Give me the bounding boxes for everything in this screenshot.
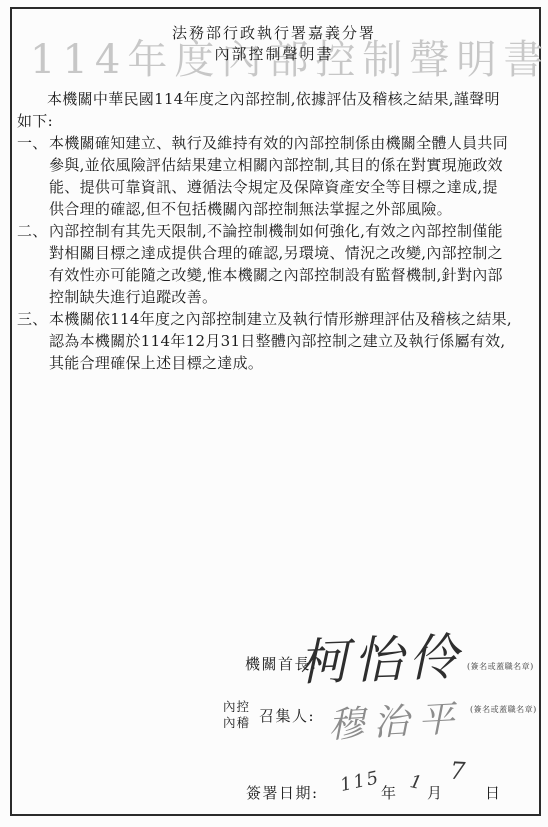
item-3-marker: 三、	[17, 308, 48, 330]
signing-date-month-handwritten: 1	[408, 771, 424, 794]
signing-date-day-unit: 日	[485, 782, 502, 803]
convener-role-line2: 內稽	[223, 715, 250, 731]
declaration-item-1: 一、 本機關確知建立、執行及維持有效的內部控制係由機關全體人員共同參與,並依風險…	[17, 132, 513, 220]
declaration-item-3: 三、 本機關依114年度之內部控制建立及執行情形辦理評估及稽核之結果,認為本機關…	[17, 308, 513, 374]
intro-paragraph: 本機關中華民國114年度之內部控制,依據評估及稽核之結果,謹聲明如下:	[17, 88, 513, 132]
scanned-document-page: 114年度內部控制聲明書 法務部行政執行署嘉義分署 內部控制聲明書 本機關中華民…	[0, 0, 548, 827]
document-title: 內部控制聲明書	[0, 45, 548, 64]
item-1-text: 本機關確知建立、執行及維持有效的內部控制係由機關全體人員共同參與,並依風險評估結…	[49, 134, 508, 218]
convener-signature-note: (簽名或蓋職名章)	[470, 704, 537, 715]
item-2-text: 內部控制有其先天限制,不論控制機制如何強化,有效之內部控制僅能對相關目標之達成提…	[49, 222, 503, 306]
signing-date-label: 簽署日期:	[246, 782, 319, 803]
agency-title: 法務部行政執行署嘉義分署	[0, 24, 548, 43]
item-2-marker: 二、	[17, 220, 48, 242]
declaration-body: 本機關中華民國114年度之內部控制,依據評估及稽核之結果,謹聲明如下: 一、 本…	[17, 88, 513, 374]
convener-signature: 穆治平	[327, 691, 464, 749]
item-1-marker: 一、	[17, 132, 48, 154]
agency-head-signature-note: (簽名或蓋職名章)	[467, 661, 534, 672]
signing-date-year-unit: 年	[381, 782, 398, 803]
signing-date-day-handwritten: 7	[449, 757, 466, 786]
document-header: 法務部行政執行署嘉義分署 內部控制聲明書	[0, 24, 548, 64]
item-3-text: 本機關依114年度之內部控制建立及執行情形辦理評估及稽核之結果,認為本機關於11…	[49, 310, 512, 372]
agency-head-signature: 柯怡伶	[297, 617, 464, 695]
convener-role-line1: 內控	[223, 699, 250, 715]
declaration-item-2: 二、 內部控制有其先天限制,不論控制機制如何強化,有效之內部控制僅能對相關目標之…	[17, 220, 513, 308]
convener-role-stack: 內控 內稽	[223, 699, 250, 731]
signing-date-year-handwritten: 115	[338, 767, 382, 796]
convener-label: 召集人:	[259, 705, 315, 726]
signing-date-month-unit: 月	[427, 782, 444, 803]
